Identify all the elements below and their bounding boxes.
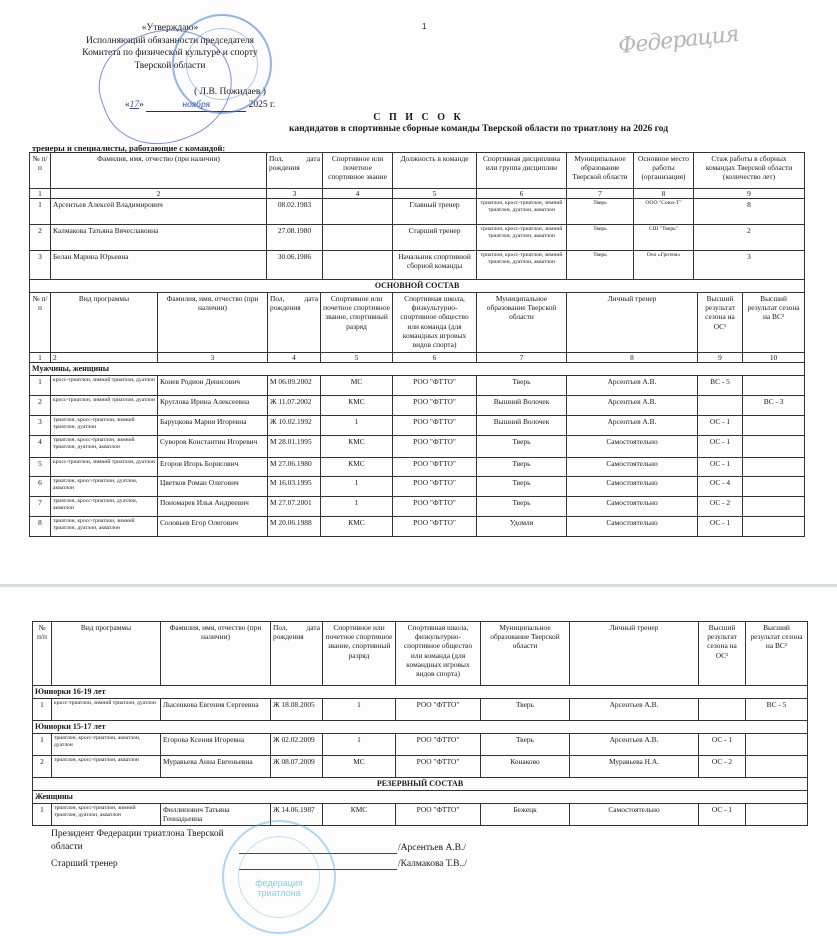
athlete-program: триатлон, кросс-триатлон, зимний триатло… — [51, 416, 158, 436]
athlete-result-vs: ВС - 5 — [746, 699, 808, 721]
col-number: 8 — [567, 353, 698, 363]
col-number: 6 — [477, 189, 567, 199]
athlete-school: РОО "ФТТО" — [396, 734, 481, 756]
coach-name: /Калмакова Т.В../ — [398, 858, 467, 871]
staff-table: № п/п Фамилия, имя, отчество (при наличи… — [29, 152, 805, 280]
staff-position: Начальник спортивной сборной команды — [393, 251, 477, 280]
row-number: 2 — [30, 225, 51, 251]
athletes-header-row: № п/п Вид программы Фамилия, имя, отчест… — [30, 293, 805, 353]
col-header: Личный тренер — [570, 622, 699, 686]
col-header: Муниципальное образование Тверской облас… — [477, 293, 567, 353]
athlete-dob: Ж 08.07.2009 — [271, 756, 323, 778]
stamp-text-line-1: федерация — [224, 878, 334, 888]
athlete-municipality: Тверь — [477, 497, 567, 517]
col-number: 1 — [30, 353, 51, 363]
athlete-program: триатлон, кросс-триатлон, дуатлон, акват… — [51, 497, 158, 517]
president-label-line-1: Президент Федерации триатлона Тверской — [51, 828, 224, 841]
col-number: 7 — [567, 189, 634, 199]
col-number: 4 — [268, 353, 321, 363]
athlete-program: триатлон, кросс-триатлон, зимний триатло… — [51, 436, 158, 458]
stamp-inner-ring — [238, 836, 320, 918]
athlete-school: РОО "ФТТО" — [393, 497, 477, 517]
col-header: Пол, дата рождения — [267, 153, 323, 189]
athlete-name: Круглова Ирина Алексеевна — [158, 396, 268, 416]
col-header: Спортивное или почетное спортивное звани… — [323, 153, 393, 189]
athlete-coach: Муравьева Н.А. — [570, 756, 699, 778]
page-break — [0, 584, 837, 587]
athlete-rank: КМС — [323, 804, 396, 826]
athlete-rank: КМС — [321, 436, 393, 458]
athlete-dob: М 27.07.2001 — [268, 497, 321, 517]
group-row-juniors-16-19: Юниорки 16-19 лет — [33, 686, 808, 699]
col-header: Основное место работы (организация) — [634, 153, 694, 189]
athlete-row: 2 кросс-триатлон, зимний триатлон, дуатл… — [30, 396, 805, 416]
athlete-row: 8 триатлон, кросс-триатлон, зимний триат… — [30, 517, 805, 537]
staff-municipality: Тверь — [567, 199, 634, 225]
staff-position: Старший тренер — [393, 225, 477, 251]
athletes-col-number-row: 1 2 3 4 5 6 7 8 9 10 — [30, 353, 805, 363]
staff-discipline: триатлон, кросс-триатлон, зимний триатло… — [477, 225, 567, 251]
athlete-name: Егоров Игорь Борисович — [158, 458, 268, 477]
row-number: 5 — [30, 458, 51, 477]
athlete-rank: МС — [323, 756, 396, 778]
athlete-dob: Ж 02.02.2009 — [271, 734, 323, 756]
col-number: 1 — [30, 189, 51, 199]
col-header: Вид программы — [51, 293, 158, 353]
col-header: № п/п — [30, 293, 51, 353]
athlete-coach: Самостоятельно — [567, 458, 698, 477]
col-header: Муниципальное образование Тверской облас… — [481, 622, 570, 686]
athlete-row: 7 триатлон, кросс-триатлон, дуатлон, акв… — [30, 497, 805, 517]
row-number: 1 — [33, 734, 52, 756]
staff-position: Главный тренер — [393, 199, 477, 225]
athlete-row: 1 триатлон, кросс-триатлон, акватлон, ду… — [33, 734, 808, 756]
athlete-result-os: ОС - 1 — [698, 517, 743, 537]
athlete-dob: М 28.01.1995 — [268, 436, 321, 458]
staff-municipality: Тверь — [567, 251, 634, 280]
row-number: 1 — [33, 804, 52, 826]
athlete-municipality: Тверь — [477, 458, 567, 477]
staff-title — [323, 225, 393, 251]
athletes-header-row: № п/п Вид программы Фамилия, имя, отчест… — [33, 622, 808, 686]
athlete-program: триатлон, кросс-триатлон, зимний триатло… — [51, 517, 158, 537]
athlete-school: РОО "ФТТО" — [393, 396, 477, 416]
col-header: Высший результат сезона на ОС¹ — [699, 622, 746, 686]
athlete-result-os — [698, 396, 743, 416]
athlete-school: РОО "ФТТО" — [393, 376, 477, 396]
athlete-result-os: ОС - 1 — [698, 458, 743, 477]
col-header: Спортивная школа, физкультурно-спортивно… — [396, 622, 481, 686]
athlete-program: кросс-триатлон, зимний триатлон, дуатлон — [51, 396, 158, 416]
staff-years: 8 — [694, 199, 805, 225]
group-row-women: Женщины — [33, 791, 808, 804]
athlete-school: РОО "ФТТО" — [396, 756, 481, 778]
athlete-result-vs — [746, 734, 808, 756]
staff-years: 2 — [694, 225, 805, 251]
athlete-row: 3 триатлон, кросс-триатлон, зимний триат… — [30, 416, 805, 436]
stamp-text-line-2: триатлона — [224, 888, 334, 898]
staff-discipline: триатлон, кросс-триатлон, зимний триатло… — [477, 251, 567, 280]
group-title: Мужчины, женщины — [30, 363, 805, 376]
athlete-program: триатлон, кросс-триатлон, акватлон, дуат… — [52, 734, 161, 756]
president-label-line-2: области — [51, 841, 224, 854]
athlete-rank: 1 — [323, 699, 396, 721]
athlete-row: 4 триатлон, кросс-триатлон, зимний триат… — [30, 436, 805, 458]
athlete-municipality: Тверь — [481, 734, 570, 756]
athlete-row: 1 кросс-триатлон, зимний триатлон, дуатл… — [33, 699, 808, 721]
athlete-municipality: Удомля — [477, 517, 567, 537]
athlete-program: триатлон, кросс-триатлон, зимний триатло… — [52, 804, 161, 826]
row-number: 3 — [30, 416, 51, 436]
athlete-school: РОО "ФТТО" — [396, 699, 481, 721]
staff-title — [323, 199, 393, 225]
col-header: Вид программы — [52, 622, 161, 686]
handwritten-note: Федерация — [617, 22, 739, 59]
athlete-rank: КМС — [321, 517, 393, 537]
athlete-program: кросс-триатлон, зимний триатлон, дуатлон — [51, 458, 158, 477]
row-number: 1 — [30, 376, 51, 396]
athlete-dob: М 20.06.1988 — [268, 517, 321, 537]
athlete-program: триатлон, кросс-триатлон, акватлон — [52, 756, 161, 778]
athlete-municipality: Тверь — [477, 436, 567, 458]
athlete-coach: Самостоятельно — [570, 804, 699, 826]
athlete-municipality: Вышний Волочек — [477, 396, 567, 416]
athlete-municipality: Конаково — [481, 756, 570, 778]
col-number: 4 — [323, 189, 393, 199]
page-number: 1 — [422, 22, 426, 31]
section-row-reserve: РЕЗЕРВНЫЙ СОСТАВ — [33, 778, 808, 791]
athlete-name: Суворов Константин Игоревич — [158, 436, 268, 458]
section-row-main: ОСНОВНОЙ СОСТАВ — [30, 280, 805, 293]
document-title: С П И С О К — [0, 112, 837, 123]
athlete-result-vs — [743, 376, 805, 396]
athlete-result-os: ОС - 1 — [699, 734, 746, 756]
athlete-program: триатлон, кросс-триатлон, дуатлон, акват… — [51, 477, 158, 497]
main-roster-table: ОСНОВНОЙ СОСТАВ № п/п Вид программы Фами… — [29, 279, 805, 537]
athlete-result-os: ОС - 1 — [698, 416, 743, 436]
col-header: № п/п — [33, 622, 52, 686]
athlete-dob: Ж 18.08.2005 — [271, 699, 323, 721]
athlete-coach: Арсентьев А.В. — [567, 396, 698, 416]
staff-row: 3 Белан Марина Юрьевна 30.06.1986 Началь… — [30, 251, 805, 280]
athlete-rank: 1 — [323, 734, 396, 756]
row-number: 7 — [30, 497, 51, 517]
athlete-result-vs — [743, 477, 805, 497]
staff-workplace: СШ "Тверь" — [634, 225, 694, 251]
section-title: ОСНОВНОЙ СОСТАВ — [30, 280, 805, 293]
federation-stamp: федерация триатлона — [222, 820, 336, 934]
staff-name: Белан Марина Юрьевна — [51, 251, 267, 280]
col-header: Спортивное или почетное спортивное звани… — [321, 293, 393, 353]
row-number: 1 — [30, 199, 51, 225]
document-subtitle: кандидатов в спортивные сборные команды … — [0, 124, 837, 134]
col-number: 6 — [393, 353, 477, 363]
row-number: 4 — [30, 436, 51, 458]
athlete-coach: Арсентьев А.В. — [567, 416, 698, 436]
col-number: 2 — [51, 189, 267, 199]
staff-name: Арсентьев Алексей Владимирович — [51, 199, 267, 225]
athlete-dob: М 27.06.1980 — [268, 458, 321, 477]
staff-header-row: № п/п Фамилия, имя, отчество (при наличи… — [30, 153, 805, 189]
col-header: Спортивная школа, физкультурно-спортивно… — [393, 293, 477, 353]
athlete-municipality: Тверь — [477, 376, 567, 396]
athlete-program: кросс-триатлон, зимний триатлон, дуатлон — [51, 376, 158, 396]
staff-years: 3 — [694, 251, 805, 280]
athlete-coach: Самостоятельно — [567, 477, 698, 497]
col-header: Должность в команде — [393, 153, 477, 189]
athlete-result-vs — [746, 756, 808, 778]
staff-name: Калмакова Татьяна Вячеславовна — [51, 225, 267, 251]
athlete-name: Баруцкова Мария Игоревна — [158, 416, 268, 436]
col-number: 2 — [51, 353, 158, 363]
col-header: Высший результат сезона на ОС¹ — [698, 293, 743, 353]
athlete-municipality: Тверь — [481, 699, 570, 721]
col-header: Пол, дата рождения — [271, 622, 323, 686]
athlete-result-vs — [743, 517, 805, 537]
athlete-program: кросс-триатлон, зимний триатлон, дуатлон — [52, 699, 161, 721]
athlete-municipality: Вышний Волочек — [477, 416, 567, 436]
athlete-result-os: ОС - 1 — [698, 436, 743, 458]
col-header: Фамилия, имя, отчество (при наличии) — [161, 622, 271, 686]
athlete-dob: М 16.03.1995 — [268, 477, 321, 497]
athlete-result-os: ВС - 5 — [698, 376, 743, 396]
athlete-coach: Самостоятельно — [567, 497, 698, 517]
athlete-coach: Арсентьев А.В. — [567, 376, 698, 396]
staff-discipline: триатлон, кросс-триатлон, зимний триатло… — [477, 199, 567, 225]
staff-row: 1 Арсентьев Алексей Владимирович 08.02.1… — [30, 199, 805, 225]
col-number: 7 — [477, 353, 567, 363]
athlete-result-vs — [746, 804, 808, 826]
row-number: 6 — [30, 477, 51, 497]
col-number: 8 — [634, 189, 694, 199]
col-number: 3 — [267, 189, 323, 199]
col-header: Муниципальное образование Тверской облас… — [567, 153, 634, 189]
col-number: 3 — [158, 353, 268, 363]
athlete-municipality: Тверь — [477, 477, 567, 497]
president-name: /Арсентьев А.В./ — [398, 842, 466, 855]
athlete-result-vs: ВС - 3 — [743, 396, 805, 416]
staff-dob: 08.02.1983 — [267, 199, 323, 225]
athlete-name: Соловьев Егор Олегович — [158, 517, 268, 537]
col-header: Фамилия, имя, отчество (при наличии) — [51, 153, 267, 189]
athlete-row: 5 кросс-триатлон, зимний триатлон, дуатл… — [30, 458, 805, 477]
athlete-dob: Ж 11.07.2002 — [268, 396, 321, 416]
athlete-school: РОО "ФТТО" — [393, 436, 477, 458]
staff-dob: 27.08.1980 — [267, 225, 323, 251]
athlete-result-os: ОС - 2 — [699, 756, 746, 778]
col-number: 10 — [743, 353, 805, 363]
col-header: № п/п — [30, 153, 51, 189]
athlete-result-vs — [743, 458, 805, 477]
col-number: 5 — [393, 189, 477, 199]
athlete-row: 6 триатлон, кросс-триатлон, дуатлон, акв… — [30, 477, 805, 497]
row-number: 2 — [33, 756, 52, 778]
col-number: 5 — [321, 353, 393, 363]
row-number: 2 — [30, 396, 51, 416]
group-row-juniors-15-17: Юниорки 15-17 лет — [33, 721, 808, 734]
staff-workplace: Ооо «Гротем» — [634, 251, 694, 280]
col-header: Спортивное или почетное спортивное звани… — [323, 622, 396, 686]
athlete-rank: 1 — [321, 416, 393, 436]
col-header: Фамилия, имя, отчество (при наличии) — [158, 293, 268, 353]
athlete-dob: М 06.09.2002 — [268, 376, 321, 396]
athlete-name: Егорова Ксения Игоревна — [161, 734, 271, 756]
athlete-result-vs — [743, 436, 805, 458]
col-header: Пол, дата рождения — [268, 293, 321, 353]
athlete-result-vs — [743, 416, 805, 436]
athlete-school: РОО "ФТТО" — [393, 416, 477, 436]
athlete-rank: КМС — [321, 396, 393, 416]
col-header: Спортивная дисциплина или группа дисципл… — [477, 153, 567, 189]
athlete-result-os — [699, 699, 746, 721]
staff-municipality: Тверь — [567, 225, 634, 251]
athlete-row: 1 триатлон, кросс-триатлон, зимний триат… — [33, 804, 808, 826]
col-number: 9 — [698, 353, 743, 363]
group-row-men-women: Мужчины, женщины — [30, 363, 805, 376]
athlete-rank: МС — [321, 376, 393, 396]
athlete-rank: 1 — [321, 497, 393, 517]
group-title: Юниорки 16-19 лет — [33, 686, 808, 699]
athlete-coach: Самостоятельно — [567, 517, 698, 537]
col-header: Личный тренер — [567, 293, 698, 353]
col-header: Высший результат сезона на ВС² — [746, 622, 808, 686]
row-number: 8 — [30, 517, 51, 537]
staff-col-number-row: 1 2 3 4 5 6 7 8 9 — [30, 189, 805, 199]
stamp-text: федерация триатлона — [224, 878, 334, 898]
athlete-dob: Ж 10.02.1992 — [268, 416, 321, 436]
athlete-school: РОО "ФТТО" — [393, 517, 477, 537]
staff-row: 2 Калмакова Татьяна Вячеславовна 27.08.1… — [30, 225, 805, 251]
group-title: Женщины — [33, 791, 808, 804]
athlete-name: Конев Родион Денисович — [158, 376, 268, 396]
athlete-rank: КМС — [321, 458, 393, 477]
row-number: 3 — [30, 251, 51, 280]
staff-title — [323, 251, 393, 280]
athlete-coach: Арсентьев А.В. — [570, 699, 699, 721]
coach-label: Старший тренер — [51, 858, 118, 871]
athlete-result-os: ОС - 1 — [699, 804, 746, 826]
athlete-municipality: Бежецк — [481, 804, 570, 826]
athlete-name: Муравьева Анна Евгеньевна — [161, 756, 271, 778]
athlete-result-vs — [743, 497, 805, 517]
col-header: Стаж работы в сборных командах Тверской … — [694, 153, 805, 189]
athlete-row: 1 кросс-триатлон, зимний триатлон, дуатл… — [30, 376, 805, 396]
athlete-name: Филлипович Татьяна Геннадьевна — [161, 804, 271, 826]
athlete-row: 2 триатлон, кросс-триатлон, акватлон Мур… — [33, 756, 808, 778]
athlete-coach: Самостоятельно — [567, 436, 698, 458]
athlete-name: Цветков Роман Олегович — [158, 477, 268, 497]
athlete-school: РОО "ФТТО" — [393, 458, 477, 477]
athlete-school: РОО "ФТТО" — [393, 477, 477, 497]
page2-roster-table: № п/п Вид программы Фамилия, имя, отчест… — [32, 621, 808, 826]
athlete-result-os: ОС - 2 — [698, 497, 743, 517]
athlete-name: Пономарев Илья Андреевич — [158, 497, 268, 517]
athlete-result-os: ОС - 4 — [698, 477, 743, 497]
row-number: 1 — [33, 699, 52, 721]
president-label: Президент Федерации триатлона Тверской о… — [51, 828, 224, 854]
athlete-name: Лысенкова Евгения Сергеевна — [161, 699, 271, 721]
athlete-rank: 1 — [321, 477, 393, 497]
col-header: Высший результат сезона на ВС² — [743, 293, 805, 353]
athlete-coach: Арсентьев А.В. — [570, 734, 699, 756]
staff-dob: 30.06.1986 — [267, 251, 323, 280]
group-title: Юниорки 15-17 лет — [33, 721, 808, 734]
col-number: 9 — [694, 189, 805, 199]
staff-workplace: ООО "Союз-Т" — [634, 199, 694, 225]
section-title: РЕЗЕРВНЫЙ СОСТАВ — [33, 778, 808, 791]
athlete-school: РОО "ФТТО" — [396, 804, 481, 826]
